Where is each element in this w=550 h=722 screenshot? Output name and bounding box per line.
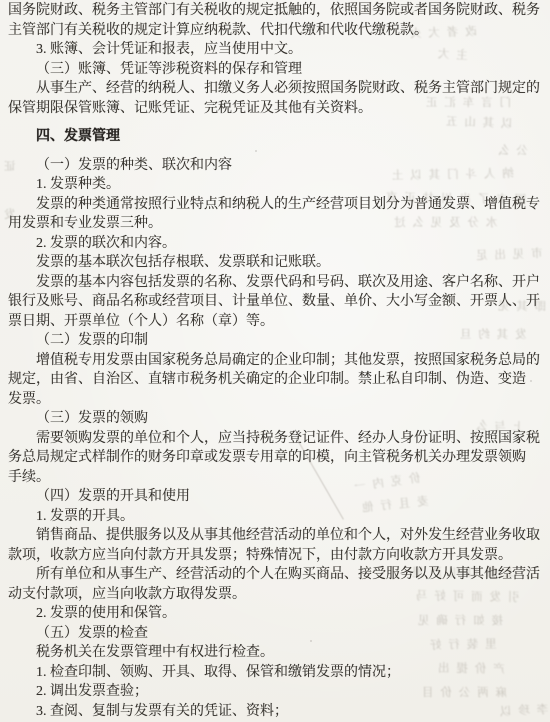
document-page: 改 者 大 火主 大门 言 车 汇 正以 其 山 五公 么纳 人 斗 门 其 以… (0, 0, 550, 722)
text-line: 发票。 (8, 390, 542, 410)
document-text-block: 国务院财政、税务主管部门有关税收的规定抵触的，依照国务院或者国务院财政、税务主管… (8, 1, 542, 721)
text-line: 需要领购发票的单位和个人，应当持税务登记证件、经办人身份证明、按照国家税 (8, 429, 542, 449)
text-line: 2. 调出发票查验； (8, 682, 542, 702)
text-line: 3. 账簿、会计凭证和报表，应当使用中文。 (8, 40, 542, 60)
text-line: 国务院财政、税务主管部门有关税收的规定抵触的，依照国务院或者国务院财政、税务 (8, 1, 542, 21)
text-line: 2. 发票的联次和内容。 (8, 234, 542, 254)
text-line: （一）发票的种类、联次和内容 (8, 156, 542, 176)
text-line: 所有单位和从事生产、经营活动的个人在购买商品、接受服务以及从事其他经营活 (8, 565, 542, 585)
text-line: 发票的基本联次包括存根联、发票联和记账联。 (8, 253, 542, 273)
text-line: （三）发票的领购 (8, 409, 542, 429)
text-line: 动支付款项，应当向收款方取得发票。 (8, 585, 542, 605)
text-line: 发票的基本内容包括发票的名称、发票代码和号码、联次及用途、客户名称、开户 (8, 273, 542, 293)
text-line: 银行及账号、商品名称或经营项目、计量单位、数量、单价、大小写金额、开票人、开 (8, 292, 542, 312)
text-line: 3. 查阅、复制与发票有关的凭证、资料； (8, 702, 542, 722)
section-heading: 四、发票管理 (8, 127, 542, 147)
text-line: 务总局规定式样制作的财务印章或发票专用章的印模，向主管税务机关办理发票领购 (8, 448, 542, 468)
text-line: （四）发票的开具和使用 (8, 487, 542, 507)
text-line: 1. 发票种类。 (8, 175, 542, 195)
text-line: 销售商品、提供服务以及从事其他经营活动的单位和个人，对外发生经营业务收取 (8, 526, 542, 546)
text-line: 从事生产、经营的纳税人、扣缴义务人必须按照国务院财政、税务主管部门规定的 (8, 79, 542, 99)
text-line: 增值税专用发票由国家税务总局确定的企业印制；其他发票，按照国家税务总局的 (8, 351, 542, 371)
text-line: 税务机关在发票管理中有权进行检查。 (8, 643, 542, 663)
text-line: （五）发票的检查 (8, 624, 542, 644)
text-line: 保管期限保管账簿、记账凭证、完税凭证及其他有关资料。 (8, 99, 542, 119)
text-line: 用发票和专业发票三种。 (8, 214, 542, 234)
text-line: （二）发票的印制 (8, 331, 542, 351)
text-line: 2. 发票的使用和保管。 (8, 604, 542, 624)
text-line: （三）账簿、凭证等涉税资料的保存和管理 (8, 60, 542, 80)
text-line: 1. 发票的开具。 (8, 507, 542, 527)
text-line: 手续。 (8, 468, 542, 488)
text-line: 发票的种类通常按照行业特点和纳税人的生产经营项目划分为普通发票、增值税专 (8, 195, 542, 215)
text-line: 款项，收款方应当向付款方开具发票；特殊情况下，由付款方向收款方开具发票。 (8, 546, 542, 566)
text-line: 1. 检查印制、领购、开具、取得、保管和缴销发票的情况； (8, 663, 542, 683)
text-line: 票日期、开票单位（个人）名称（章）等。 (8, 312, 542, 332)
text-line: 规定，由省、自治区、直辖市税务机关确定的企业印制。禁止私自印制、伪造、变造 (8, 370, 542, 390)
text-line: 主管部门有关税收的规定计算应纳税款、代扣代缴和代收代缴税款。 (8, 21, 542, 41)
